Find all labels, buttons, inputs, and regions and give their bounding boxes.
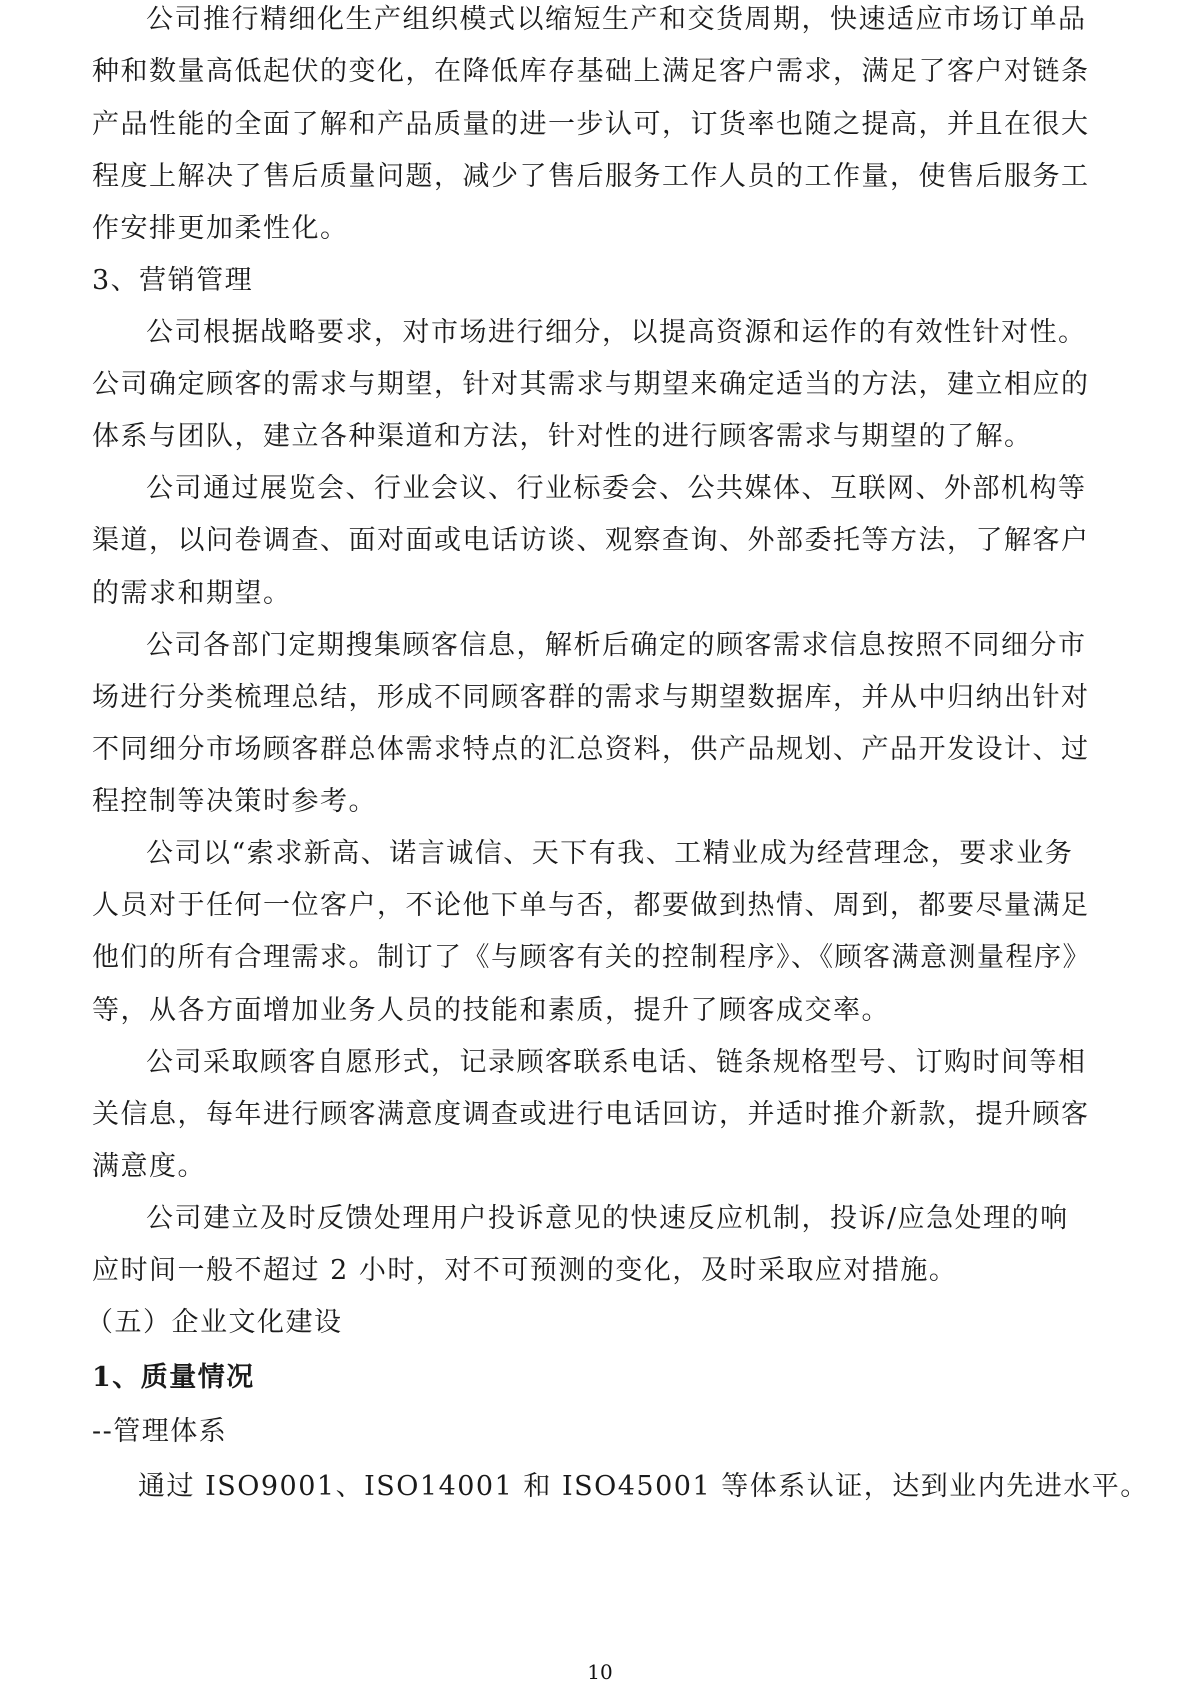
paragraph-line: 通过 ISO9001、ISO14001 和 ISO45001 等体系认证，达到业… <box>92 1461 1149 1513</box>
paragraph-line: 公司采取顾客自愿形式，记录顾客联系电话、链条规格型号、订购时间等相 <box>92 1037 1024 1089</box>
subheading-management-system: --管理体系 <box>92 1406 227 1458</box>
section-heading-culture: （五）企业文化建设 <box>86 1297 343 1349</box>
paragraph-line: 产品性能的全面了解和产品质量的进一步认可，订货率也随之提高，并且在很大 <box>92 99 1024 151</box>
paragraph-line: 公司各部门定期搜集顾客信息，解析后确定的顾客需求信息按照不同细分市 <box>92 620 1024 672</box>
paragraph-line: 公司建立及时反馈处理用户投诉意见的快速反应机制，投诉/应急处理的响 <box>92 1193 1024 1245</box>
paragraph-line: 满意度。 <box>92 1141 206 1193</box>
page-number: 10 <box>0 1660 1200 1684</box>
paragraph-line: 的需求和期望。 <box>92 568 292 620</box>
paragraph-line: 渠道，以问卷调查、面对面或电话访谈、观察查询、外部委托等方法，了解客户 <box>92 515 1024 567</box>
paragraph-line: 种和数量高低起伏的变化，在降低库存基础上满足客户需求，满足了客户对链条 <box>92 46 1024 98</box>
paragraph-line: 公司根据战略要求，对市场进行细分，以提高资源和运作的有效性针对性。 <box>92 307 1024 359</box>
paragraph-line: 他们的所有合理需求。制订了《与顾客有关的控制程序》、《顾客满意测量程序》 <box>92 932 1024 984</box>
paragraph-line: 公司通过展览会、行业会议、行业标委会、公共媒体、互联网、外部机构等 <box>92 463 1024 515</box>
paragraph-line: 场进行分类梳理总结，形成不同顾客群的需求与期望数据库，并从中归纳出针对 <box>92 672 1024 724</box>
subsection-heading-quality: 1、质量情况 <box>92 1352 255 1404</box>
section-heading-marketing: 3、营销管理 <box>92 255 253 307</box>
paragraph-line: 不同细分市场顾客群总体需求特点的汇总资料，供产品规划、产品开发设计、过 <box>92 724 1024 776</box>
paragraph-line: 公司推行精细化生产组织模式以缩短生产和交货周期，快速适应市场订单品 <box>92 0 1024 46</box>
paragraph-line: 公司以“索求新高、诺言诚信、天下有我、工精业成为经营理念，要求业务 <box>92 828 1024 880</box>
paragraph-line: 等，从各方面增加业务人员的技能和素质，提升了顾客成交率。 <box>92 985 890 1037</box>
paragraph-line: 人员对于任何一位客户，不论他下单与否，都要做到热情、周到，都要尽量满足 <box>92 880 1024 932</box>
paragraph-line: 公司确定顾客的需求与期望，针对其需求与期望来确定适当的方法，建立相应的 <box>92 359 1024 411</box>
paragraph-line: 作安排更加柔性化。 <box>92 203 349 255</box>
paragraph-line: 应时间一般不超过 2 小时，对不可预测的变化，及时采取应对措施。 <box>92 1245 957 1297</box>
paragraph-line: 关信息，每年进行顾客满意度调查或进行电话回访，并适时推介新款，提升顾客 <box>92 1089 1024 1141</box>
paragraph-line: 程度上解决了售后质量问题，减少了售后服务工作人员的工作量，使售后服务工 <box>92 151 1024 203</box>
paragraph-line: 程控制等决策时参考。 <box>92 776 377 828</box>
paragraph-line: 体系与团队，建立各种渠道和方法，针对性的进行顾客需求与期望的了解。 <box>92 411 1033 463</box>
